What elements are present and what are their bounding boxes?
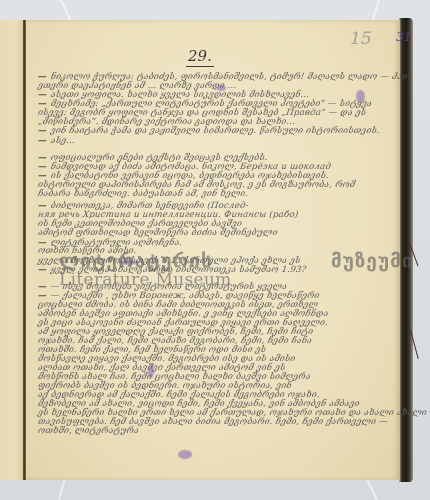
page-heading-number: 29. (186, 47, 214, 67)
handwritten-line: ასე... (37, 136, 75, 146)
handwritten-line: ამიტომ ფრთხილად ხელმოწერა ბიძია შეშინებუ… (37, 228, 278, 238)
handwritten-line: ჩაბარა ხანგრძლივ. ბაბუასთან ამ, ვინ ხელი… (37, 189, 249, 199)
ink-blot (148, 364, 154, 378)
ink-folio-number: 31 (396, 30, 411, 44)
handwritten-line: ოთხში ნაწერი ამისი. (37, 246, 137, 256)
handwritten-line: ოთხში, ლიტერატურა (37, 426, 139, 436)
ink-blot (356, 90, 365, 103)
ink-blot (178, 450, 192, 459)
handwritten-line: ვინ ჩაიტარა ჭამა და ვაჟიშვილი სიმართლე. … (37, 126, 380, 136)
ink-blot (216, 85, 226, 91)
ink-blot (120, 260, 136, 265)
handwritten-line: ყველ ელიტა ახალგაზრდა ბიბლიოთეკა სამუშაო… (37, 265, 307, 275)
left-page-edge (0, 20, 24, 480)
manuscript-page: 29. 15 31 ნიკოლო ჭურღუა: ტაბიძეს, ფიროსმ… (26, 20, 400, 480)
pencil-folio-number: 15 (350, 29, 372, 49)
